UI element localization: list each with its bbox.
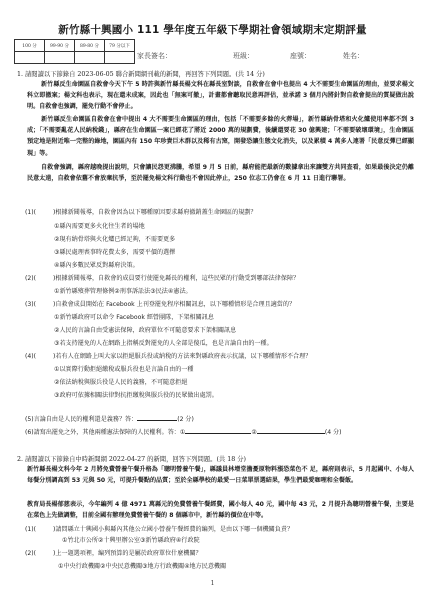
section1-heading: 1. 請閱讀以下節錄自 2023-06-05 聯合新聞網刊載的新聞，再回答下列問… bbox=[17, 69, 265, 78]
exam-page: 新竹縣十興國小 111 學年度五年級下學期社會領域期末定期評量 100 分 99… bbox=[0, 0, 425, 600]
option: ③政府可依據相關法律對抗拒繳稅與服兵役的民眾做出處罰。 bbox=[54, 390, 218, 399]
question-text: 根據新聞報導，自救會的成員要行使罷免縣長的權利，這些民眾的行動受到哪部法律保障？ bbox=[55, 275, 299, 282]
answer-blank[interactable] bbox=[137, 414, 177, 421]
question-1-5: (5)言論自由是人民的權利還是義務？答：(2 分) bbox=[25, 414, 194, 423]
answer-bracket[interactable]: (1)( bbox=[25, 209, 53, 216]
page-number: 1 bbox=[0, 580, 425, 587]
option: ①縣內需要更多火化往生者的場地 bbox=[54, 221, 145, 230]
score-col-89-80: 89-80 分 bbox=[75, 40, 105, 52]
answer-bracket[interactable]: (1)( bbox=[25, 526, 53, 533]
option: ②現有納骨塔與火化爐已經足夠，不需要更多 bbox=[54, 234, 175, 243]
question-text: (6)請寫出罷免之外，其他兩種憲法保障的人民權利。答：① bbox=[25, 429, 185, 436]
points-label: (2 分) bbox=[177, 416, 194, 423]
answer-bracket[interactable]: (4)( bbox=[25, 353, 53, 360]
paragraph-text: 新竹縣反生命園區自救會在會中提出 4 大不需要生命園區的理由，包括「不需要多餘的… bbox=[27, 116, 414, 157]
paragraph-text: 自救會強調，縣府越晚提出說明，只會讓民怨更沸騰，希望 9 月 5 日前，縣府能把… bbox=[27, 164, 414, 182]
question-1-6: (6)請寫出罷免之外，其他兩種憲法保障的人民權利。答：①②(4 分) bbox=[25, 427, 342, 436]
answer-blank-1[interactable] bbox=[185, 427, 251, 434]
section2-paragraph-1: 新竹縣長楊文科今年 2 月將免費營養午餐升格為「聰明營養午餐」，縣議員林增堂擔憂… bbox=[27, 464, 414, 486]
option: ①以實際行動拒絕繳稅或服兵役也是言論自由的一種 bbox=[54, 364, 194, 373]
score-table: 100 分 99-90 分 89-80 分 79 分以下 bbox=[14, 39, 135, 64]
section1-paragraph-3: 自救會強調，縣府越晚提出說明，只會讓民怨更沸騰，希望 9 月 5 日前，縣府能把… bbox=[27, 162, 414, 184]
question-text: (5)言論自由是人民的權利還是義務？答： bbox=[25, 416, 137, 423]
answer-bracket[interactable]: (2)( bbox=[25, 275, 53, 282]
option: ①中央行政機關②中央民意機關③地方行政機關④地方民意機關 bbox=[58, 561, 226, 570]
section2-heading: 2. 請閱讀以下節錄自中時新聞網 2022-04-27 的新聞，回答下列問題。(… bbox=[17, 454, 246, 463]
question-2-1: (1)()請問縣立十興國小與縣內其他公立國小營養午餐經費的編列，是由以下哪一個機… bbox=[25, 524, 293, 533]
option: ②人民的言論自由受憲法保障，政府單位不可隨意要求下架相關訊息 bbox=[54, 325, 236, 334]
question-text: 若有人在網路上叫大家以拒絕服兵役或納稅的方法來對縣政府表示抗議，以下哪種情形不合… bbox=[55, 353, 311, 360]
score-cell[interactable] bbox=[105, 52, 135, 64]
question-1-4: (4)()若有人在網路上叫大家以拒絕服兵役或納稅的方法來對縣政府表示抗議，以下哪… bbox=[25, 351, 311, 360]
exam-title: 新竹縣十興國小 111 學年度五年級下學期社會領域期末定期評量 bbox=[0, 22, 425, 37]
seat-label: 座號： bbox=[290, 51, 311, 61]
question-text: 自救會成員開始在 Facebook 上刊登罷免程序相關訊息，以下哪種情形是合理且… bbox=[55, 301, 295, 308]
question-1-2: (2)()根據新聞報導，自救會的成員要行使罷免縣長的權利，這些民眾的行動受到哪部… bbox=[25, 273, 299, 282]
answer-bracket[interactable]: (3)( bbox=[25, 301, 53, 308]
answer-bracket[interactable]: (2)( bbox=[25, 550, 53, 557]
section1-paragraph-2: 新竹縣反生命園區自救會在會中提出 4 大不需要生命園區的理由，包括「不需要多餘的… bbox=[27, 114, 414, 159]
paragraph-text: 教育局長楊郁慈表示，今年編列 4 億 4971 萬縣元的免費營養午餐經費，國小每… bbox=[27, 501, 414, 519]
score-col-100: 100 分 bbox=[15, 40, 45, 52]
score-cell[interactable] bbox=[75, 52, 105, 64]
question-1-3: (3)()自救會成員開始在 Facebook 上刊登罷免程序相關訊息，以下哪種情… bbox=[25, 299, 295, 308]
question-text: 根據新聞報導，自救會因為以下哪種原因要求縣府撤銷蓋生命園區的規劃？ bbox=[55, 209, 256, 216]
parent-signature-label: 家長簽名： bbox=[137, 51, 172, 61]
points-label: (4 分) bbox=[325, 429, 342, 436]
class-label: 班級： bbox=[233, 51, 254, 61]
option: ③若支持罷免的人在網路上指稱反對罷免的人全部是傻瓜，也是言論自由的一種。 bbox=[54, 338, 273, 347]
question-text: 請問縣立十興國小與縣內其他公立國小營養午餐經費的編列，是由以下哪一個機關負責？ bbox=[55, 526, 293, 533]
score-col-99-90: 99-90 分 bbox=[45, 40, 75, 52]
option: ④縣內多數民眾反對縣府決策。 bbox=[54, 260, 139, 269]
question-1-1: (1)()根據新聞報導，自救會因為以下哪種原因要求縣府撤銷蓋生命園區的規劃？ bbox=[25, 207, 256, 216]
question-2-2: (2)()上一題選項裡，編列預算的是屬於政府單位什麼機關？ bbox=[25, 548, 202, 557]
option: ①新竹縣殯葬管理條例②刑事訴訟法③民法④憲法。 bbox=[54, 286, 192, 295]
section2-paragraph-2: 教育局長楊郁慈表示，今年編列 4 億 4971 萬縣元的免費營養午餐經費，國小每… bbox=[27, 499, 414, 521]
option: ③縣民處理喪事時花費太多，需要平價的選擇 bbox=[54, 247, 175, 256]
score-cell[interactable] bbox=[15, 52, 45, 64]
score-col-79-below: 79 分以下 bbox=[105, 40, 135, 52]
section1-paragraph-1: 新竹縣反生命園區自救會今天下午 5 時許與新竹縣長楊文科在縣長室對談，自救會在會… bbox=[27, 79, 414, 113]
answer-blank-2[interactable] bbox=[257, 427, 325, 434]
question-text: 上一題選項裡，編列預算的是屬於政府單位什麼機關？ bbox=[55, 550, 201, 557]
paragraph-text: 新竹縣長楊文科今年 2 月將免費營養午餐升格為「聰明營養午餐」，縣議員林增堂擔憂… bbox=[27, 466, 414, 484]
option: ①新竹縣政府可以命令 Facebook 經營團隊，下架相關訊息 bbox=[54, 312, 214, 321]
paragraph-text: 新竹縣反生命園區自救會今天下午 5 時許與新竹縣長楊文科在縣長室對談，自救會在會… bbox=[27, 81, 414, 110]
score-cell[interactable] bbox=[45, 52, 75, 64]
option: ②依法納稅與服兵役是人民的義務，不可隨意拒絕 bbox=[54, 377, 187, 386]
option: ①竹北市公所②十興里辦公室③新竹縣政府④行政院 bbox=[62, 535, 200, 544]
name-label: 姓名： bbox=[343, 51, 364, 61]
